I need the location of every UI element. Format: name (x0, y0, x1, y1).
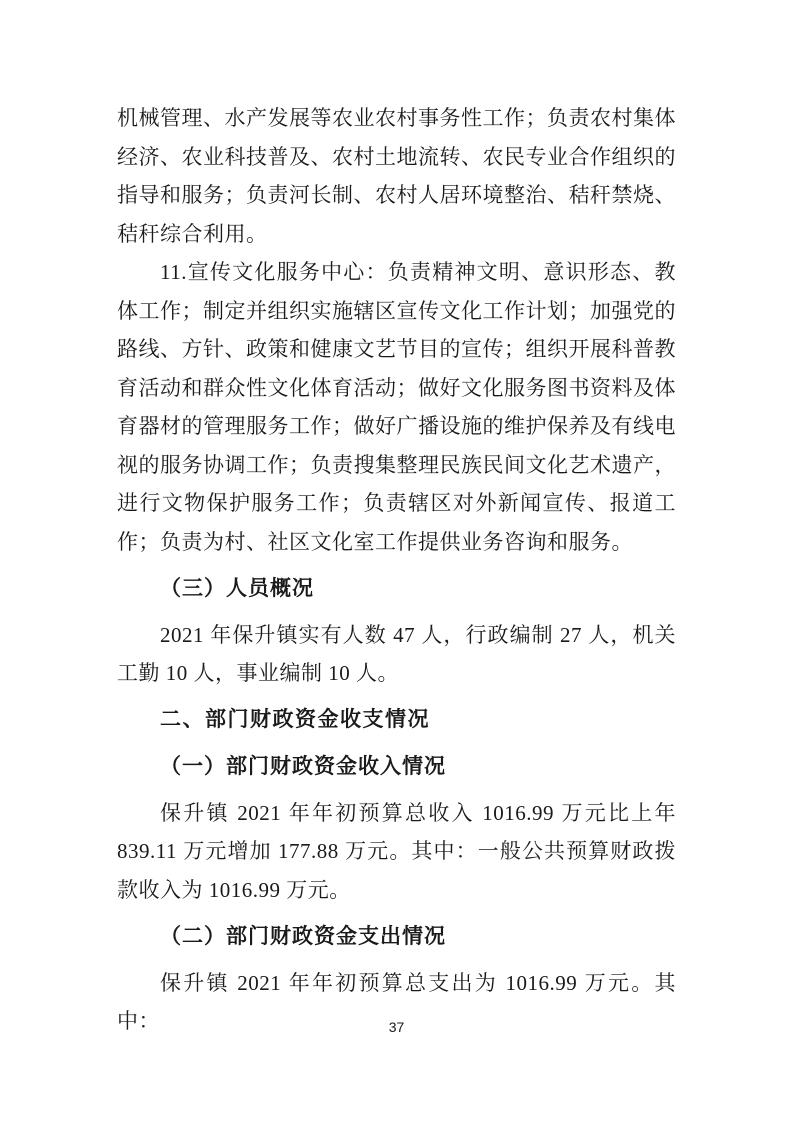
page-number: 37 (0, 1019, 793, 1035)
heading-personnel-overview: （三）人员概况 (117, 569, 676, 608)
heading-income-subsection: （一）部门财政资金收入情况 (117, 747, 676, 786)
paragraph-agriculture-duties: 机械管理、水产发展等农业农村事务性工作；负责农村集体经济、农业科技普及、农村土地… (117, 99, 676, 253)
paragraph-income-details: 保升镇 2021 年年初预算总收入 1016.99 万元比上年 839.11 万… (117, 794, 676, 910)
heading-expenditure-subsection: （二）部门财政资金支出情况 (117, 917, 676, 956)
paragraph-personnel-stats: 2021 年保升镇实有人数 47 人，行政编制 27 人，机关工勤 10 人，事… (117, 616, 676, 693)
paragraph-culture-service-center: 11.宣传文化服务中心：负责精神文明、意识形态、教体工作；制定并组织实施辖区宣传… (117, 253, 676, 561)
document-page: 机械管理、水产发展等农业农村事务性工作；负责农村集体经济、农业科技普及、农村土地… (0, 0, 793, 1122)
heading-finance-section: 二、部门财政资金收支情况 (117, 701, 676, 740)
